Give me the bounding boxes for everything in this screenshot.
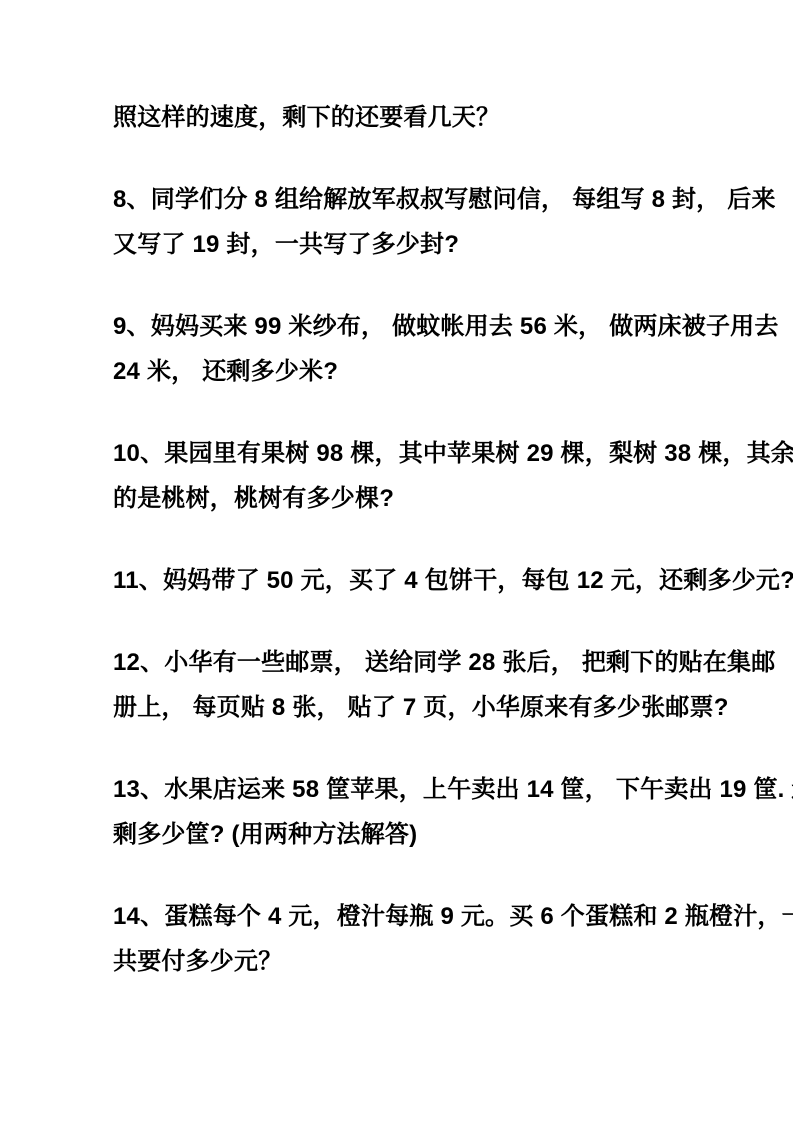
problem-14-line-2: 共要付多少元？ [113, 939, 698, 984]
problem-13: 13、水果店运来 58 筐苹果，上午卖出 14 筐， 下午卖出 19 筐. 还 … [113, 767, 698, 857]
problem-12: 12、小华有一些邮票， 送给同学 28 张后， 把剩下的贴在集邮 册上， 每页贴… [113, 640, 698, 730]
problem-13-line-2: 剩多少筐? (用两种方法解答) [113, 812, 698, 857]
problem-10-line-2: 的是桃树，桃树有多少棵? [113, 476, 698, 521]
problem-8-line-2: 又写了 19 封，一共写了多少封? [113, 222, 698, 267]
problem-12-line-1: 12、小华有一些邮票， 送给同学 28 张后， 把剩下的贴在集邮 [113, 640, 698, 685]
problem-8-line-1: 8、同学们分 8 组给解放军叔叔写慰问信， 每组写 8 封， 后来 [113, 177, 698, 222]
problem-10: 10、果园里有果树 98 棵，其中苹果树 29 棵，梨树 38 棵，其余 的是桃… [113, 431, 698, 521]
problem-7-continuation: 照这样的速度，剩下的还要看几天？ [113, 95, 698, 140]
problem-11-line-1: 11、妈妈带了 50 元，买了 4 包饼干，每包 12 元，还剩多少元? [113, 558, 698, 603]
problem-14: 14、蛋糕每个 4 元，橙汁每瓶 9 元。买 6 个蛋糕和 2 瓶橙汁，一 共要… [113, 894, 698, 984]
worksheet-page: 照这样的速度，剩下的还要看几天？ 8、同学们分 8 组给解放军叔叔写慰问信， 每… [0, 0, 793, 1122]
problem-9: 9、妈妈买来 99 米纱布， 做蚊帐用去 56 米， 做两床被子用去 24 米，… [113, 304, 698, 394]
problem-14-line-1: 14、蛋糕每个 4 元，橙汁每瓶 9 元。买 6 个蛋糕和 2 瓶橙汁，一 [113, 894, 698, 939]
problem-9-line-1: 9、妈妈买来 99 米纱布， 做蚊帐用去 56 米， 做两床被子用去 [113, 304, 698, 349]
problem-11: 11、妈妈带了 50 元，买了 4 包饼干，每包 12 元，还剩多少元? [113, 558, 698, 603]
problem-7-continuation-line-1: 照这样的速度，剩下的还要看几天？ [113, 95, 698, 140]
problem-13-line-1: 13、水果店运来 58 筐苹果，上午卖出 14 筐， 下午卖出 19 筐. 还 [113, 767, 698, 812]
problem-12-line-2: 册上， 每页贴 8 张， 贴了 7 页，小华原来有多少张邮票? [113, 685, 698, 730]
problem-10-line-1: 10、果园里有果树 98 棵，其中苹果树 29 棵，梨树 38 棵，其余 [113, 431, 698, 476]
problem-9-line-2: 24 米， 还剩多少米? [113, 349, 698, 394]
problem-8: 8、同学们分 8 组给解放军叔叔写慰问信， 每组写 8 封， 后来 又写了 19… [113, 177, 698, 267]
